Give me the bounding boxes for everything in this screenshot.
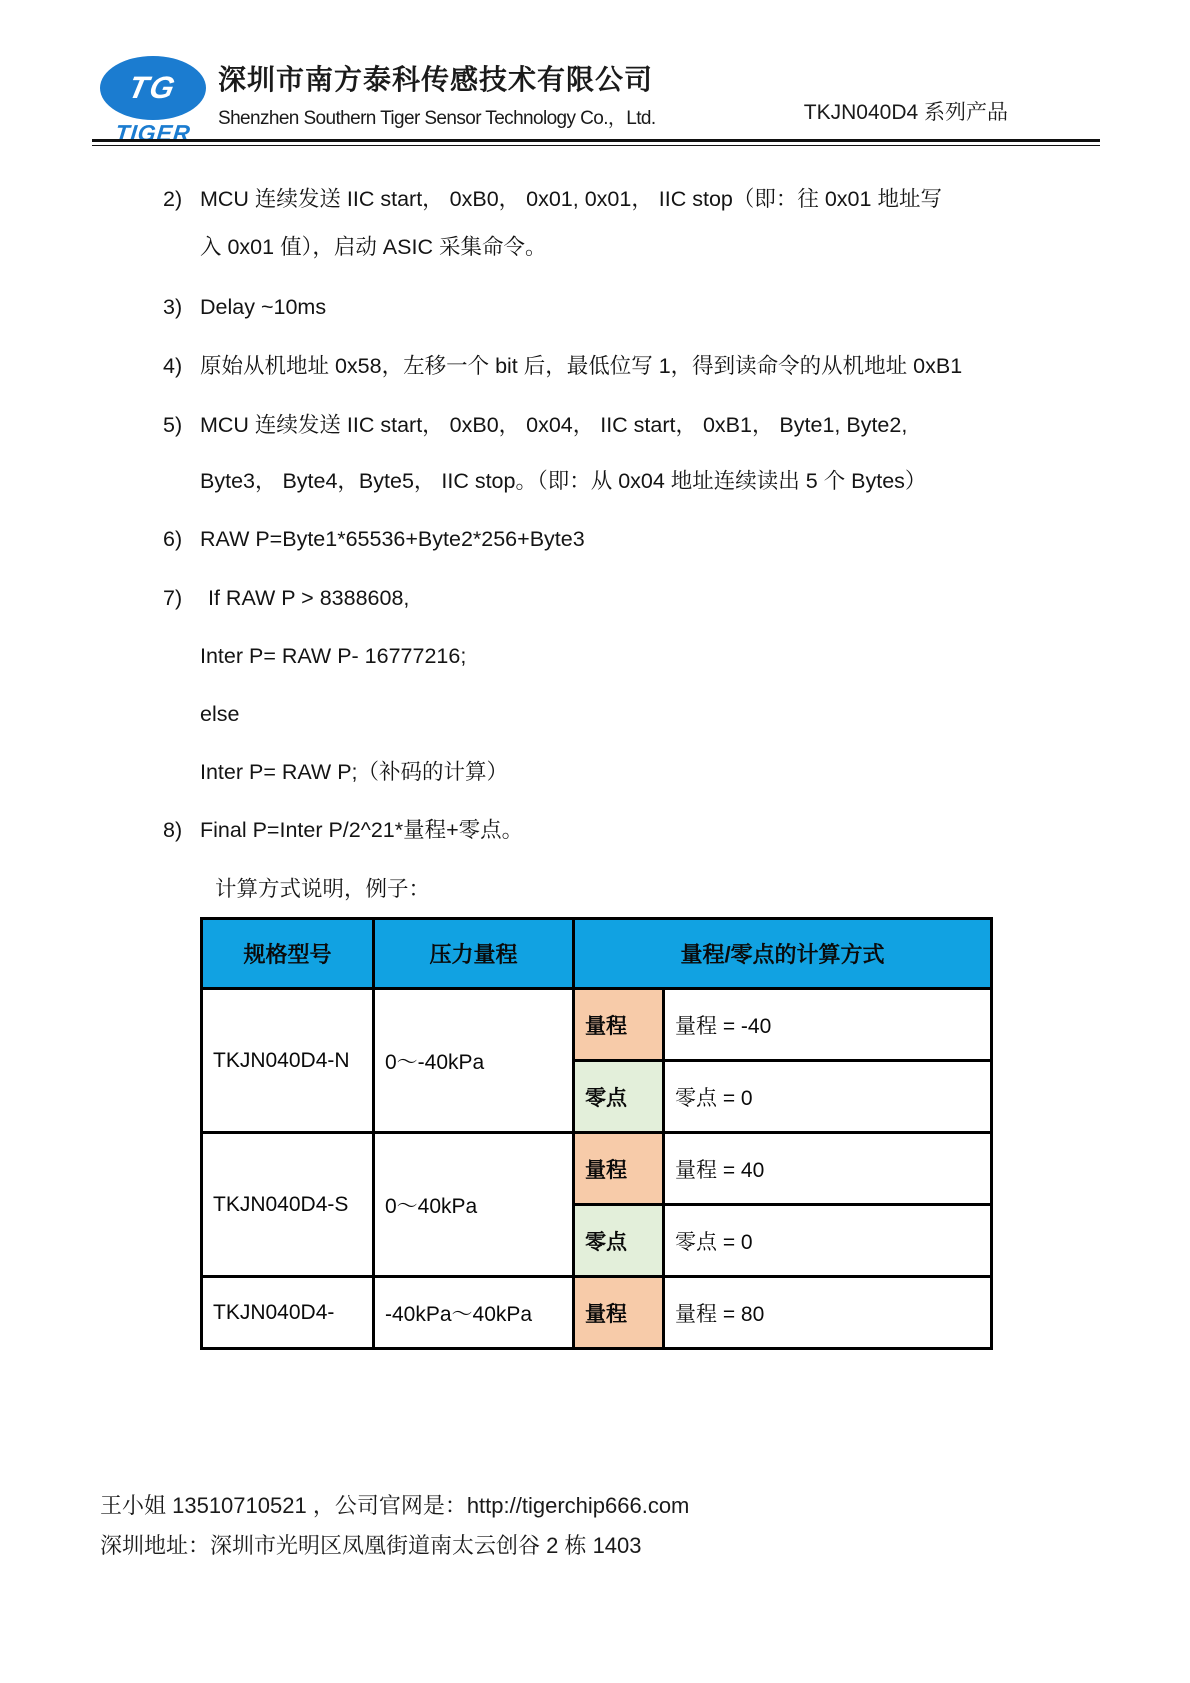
list-item: Byte3， Byte4，Byte5， IIC stop。（即：从 0x04 地… bbox=[163, 468, 926, 495]
table-row: TKJN040D4-N 0～-40kPa 量程 量程 = -40 bbox=[202, 989, 992, 1061]
list-item-number: 7) bbox=[163, 585, 200, 612]
range-cell: 0～40kPa bbox=[374, 1133, 574, 1277]
col-header-calc: 量程/零点的计算方式 bbox=[574, 919, 992, 989]
span-label-cell: 量程 bbox=[574, 989, 664, 1061]
col-header-model: 规格型号 bbox=[202, 919, 374, 989]
list-item-text: 入 0x01 值），启动 ASIC 采集命令。 bbox=[200, 235, 546, 259]
list-item: 8)Final P=Inter P/2^21*量程+零点。 bbox=[163, 817, 523, 844]
list-item: Inter P= RAW P- 16777216; bbox=[163, 643, 466, 670]
list-item-text: Delay ~10ms bbox=[200, 295, 326, 319]
span-label-cell: 量程 bbox=[574, 1277, 664, 1349]
list-item-number: 4) bbox=[163, 353, 200, 380]
list-item-text: Byte3， Byte4，Byte5， IIC stop。（即：从 0x04 地… bbox=[200, 469, 926, 493]
list-item: 4)原始从机地址 0x58，左移一个 bit 后，最低位写 1，得到读命令的从机… bbox=[163, 353, 962, 380]
range-cell: -40kPa～40kPa bbox=[374, 1277, 574, 1349]
list-item-number: 2) bbox=[163, 186, 200, 213]
list-item-text: MCU 连续发送 IIC start， 0xB0， 0x04， IIC star… bbox=[200, 413, 907, 437]
model-cell: TKJN040D4- bbox=[202, 1277, 374, 1349]
list-item: 7)If RAW P > 8388608, bbox=[163, 585, 409, 612]
footer-contact: 王小姐 13510710521 ，公司官网是：http://tigerchip6… bbox=[100, 1489, 689, 1520]
company-name-english: Shenzhen Southern Tiger Sensor Technolog… bbox=[218, 103, 656, 130]
company-name-chinese: 深圳市南方泰科传感技术有限公司 bbox=[218, 58, 653, 98]
list-item: 2)MCU 连续发送 IIC start， 0xB0， 0x01, 0x01， … bbox=[163, 186, 942, 213]
list-item-number: 6) bbox=[163, 526, 200, 553]
zero-label-cell: 零点 bbox=[574, 1061, 664, 1133]
list-item-number: 8) bbox=[163, 817, 200, 844]
list-item-text: Inter P= RAW P- 16777216; bbox=[200, 644, 466, 668]
document-page: TG TIGER 深圳市南方泰科传感技术有限公司 Shenzhen Southe… bbox=[0, 0, 1190, 1683]
list-item-text: 原始从机地址 0x58，左移一个 bit 后，最低位写 1，得到读命令的从机地址… bbox=[200, 354, 962, 378]
list-item: 入 0x01 值），启动 ASIC 采集命令。 bbox=[163, 234, 546, 261]
list-item-text: RAW P=Byte1*65536+Byte2*256+Byte3 bbox=[200, 527, 585, 551]
span-label-cell: 量程 bbox=[574, 1133, 664, 1205]
list-item: 3)Delay ~10ms bbox=[163, 294, 326, 321]
company-logo-icon: TG bbox=[100, 56, 206, 120]
zero-label-cell: 零点 bbox=[574, 1205, 664, 1277]
list-item-text: else bbox=[200, 702, 239, 726]
list-item-text: If RAW P > 8388608, bbox=[200, 586, 409, 610]
list-item-number: 3) bbox=[163, 294, 200, 321]
table-header-row: 规格型号 压力量程 量程/零点的计算方式 bbox=[202, 919, 992, 989]
footer-address: 深圳地址：深圳市光明区凤凰街道南太云创谷 2 栋 1403 bbox=[100, 1529, 642, 1560]
span-value-cell: 量程 = -40 bbox=[664, 989, 992, 1061]
list-item: 5)MCU 连续发送 IIC start， 0xB0， 0x04， IIC st… bbox=[163, 412, 907, 439]
calc-table: 规格型号 压力量程 量程/零点的计算方式 TKJN040D4-N 0～-40kP… bbox=[200, 917, 993, 1350]
col-header-range: 压力量程 bbox=[374, 919, 574, 989]
list-item-text: Final P=Inter P/2^21*量程+零点。 bbox=[200, 818, 523, 842]
table-intro-text: 计算方式说明，例子： bbox=[215, 872, 430, 903]
list-item: else bbox=[163, 701, 239, 728]
logo-tg-monogram: TG bbox=[126, 70, 181, 106]
list-item-text: MCU 连续发送 IIC start， 0xB0， 0x01, 0x01， II… bbox=[200, 187, 942, 211]
product-series-label: TKJN040D4 系列产品 bbox=[804, 96, 1008, 126]
zero-value-cell: 零点 = 0 bbox=[664, 1205, 992, 1277]
list-item: 6)RAW P=Byte1*65536+Byte2*256+Byte3 bbox=[163, 526, 585, 553]
zero-value-cell: 零点 = 0 bbox=[664, 1061, 992, 1133]
model-cell: TKJN040D4-S bbox=[202, 1133, 374, 1277]
range-cell: 0～-40kPa bbox=[374, 989, 574, 1133]
table-row: TKJN040D4-S 0～40kPa 量程 量程 = 40 bbox=[202, 1133, 992, 1205]
span-value-cell: 量程 = 80 bbox=[664, 1277, 992, 1349]
list-item-text: Inter P= RAW P;（补码的计算） bbox=[200, 760, 508, 784]
list-item-number: 5) bbox=[163, 412, 200, 439]
span-value-cell: 量程 = 40 bbox=[664, 1133, 992, 1205]
table-row: TKJN040D4- -40kPa～40kPa 量程 量程 = 80 bbox=[202, 1277, 992, 1349]
model-cell: TKJN040D4-N bbox=[202, 989, 374, 1133]
header-divider bbox=[92, 139, 1100, 146]
list-item: Inter P= RAW P;（补码的计算） bbox=[163, 759, 508, 786]
